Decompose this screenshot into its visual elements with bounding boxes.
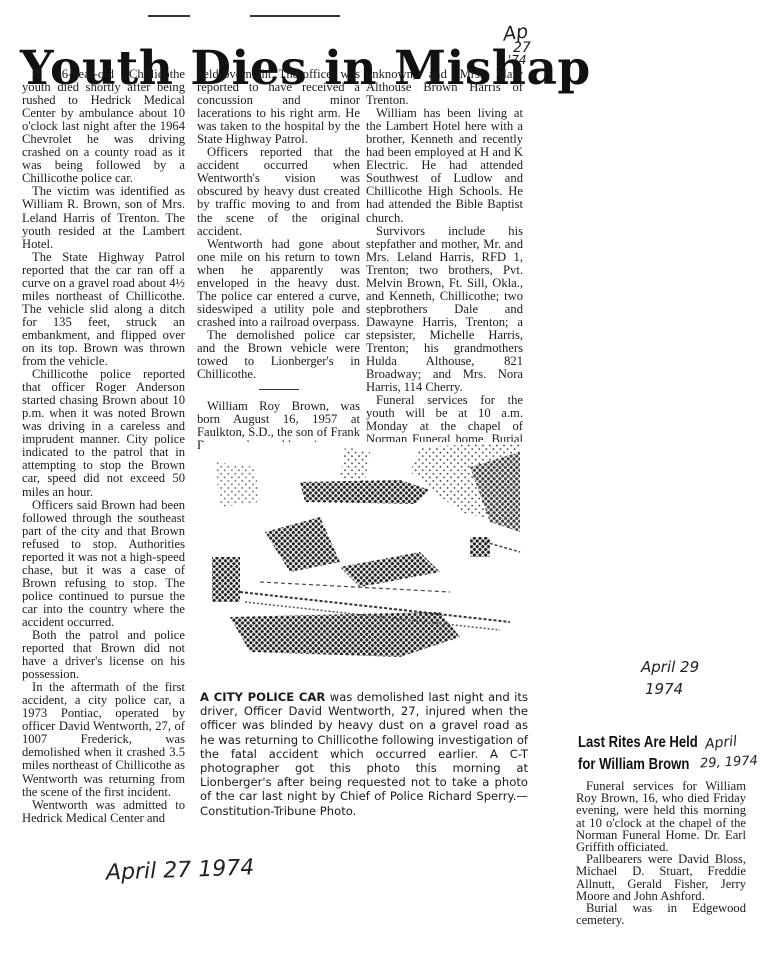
paragraph: The State Highway Patrol reported that t… [22,251,185,368]
caption-lead: A CITY POLICE CAR [200,690,325,704]
paragraph: Chillicothe police reported that officer… [22,368,185,498]
paragraph: In the aftermath of the first accident, … [22,681,185,798]
section-divider [259,389,299,390]
handwritten-side-note-2: 29, 1974 [700,753,759,771]
news-photo [200,442,525,662]
paragraph: Wentworth was admitted to Hedrick Medica… [22,799,185,825]
article-column-2: held overnight. The officer was reported… [197,68,360,452]
side-headline-line-1: Last Rites Are Held [578,732,726,754]
handwritten-date-bottom: April 27 1974 [106,855,255,885]
paragraph: Burial was in Edgewood cemetery. [576,902,746,926]
paragraph: William has been living at the Lambert H… [366,107,523,224]
paragraph: Survivors include his stepfather and mot… [366,225,523,395]
article-column-3: unknown, and Mrs. Mary Althouse Brown Ha… [366,68,523,459]
handwritten-side-note-1: April [704,733,737,752]
paragraph: Wentworth had gone about one mile on his… [197,238,360,329]
paragraph: The demolished police car and the Brown … [197,329,360,381]
handwritten-note-top-right-3: '74 [508,53,527,67]
photo-caption: A CITY POLICE CAR was demolished last ni… [200,690,528,818]
article-column-1: A 16-year-old Chillicothe youth died sho… [22,68,185,825]
handwritten-date-right-1: April 29 [641,658,699,676]
paragraph: A 16-year-old Chillicothe youth died sho… [22,68,185,185]
police-car-photo-icon [200,442,525,662]
paragraph: Pallbearers were David Bloss, Michael D.… [576,853,746,902]
paragraph: unknown, and Mrs. Mary Althouse Brown Ha… [366,68,523,107]
side-article-body: Funeral services for William Roy Brown, … [576,780,746,926]
decorative-rule [250,15,340,17]
paragraph: held overnight. The officer was reported… [197,68,360,146]
paragraph: The victim was identified as William R. … [22,185,185,250]
handwritten-date-right-2: 1974 [645,680,683,698]
paragraph: Officers said Brown had been followed th… [22,499,185,629]
caption-text: was demolished last night and its driver… [200,690,528,818]
paragraph: Funeral services for William Roy Brown, … [576,780,746,853]
paragraph: Officers reported that the accident occu… [197,146,360,237]
paragraph: Both the patrol and police reported that… [22,629,185,681]
decorative-rule [148,15,190,17]
